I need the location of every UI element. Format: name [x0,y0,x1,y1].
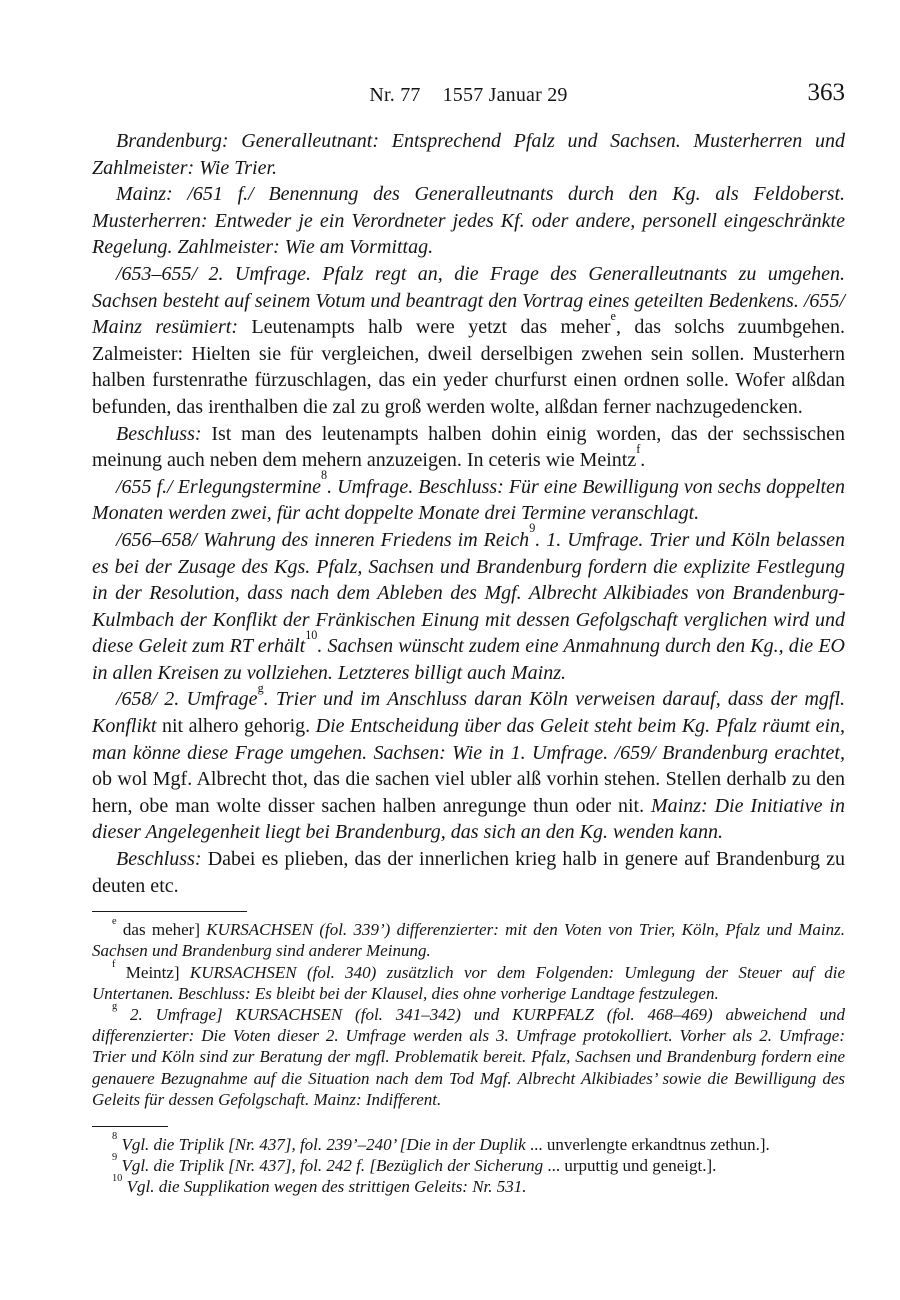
footnote-ref: 8 [321,468,327,482]
text-segment: /658/ 2. Umfrage [116,688,258,710]
footnote-ref: e [611,309,616,323]
text-segment: KURSACHSEN (fol. 340) zusätzlich vor dem… [92,963,845,1003]
footnote-marker: g [112,1001,117,1012]
footnote-marker: 8 [112,1131,117,1142]
body-paragraph: Beschluss: Ist man des leutenampts halbe… [92,421,845,474]
letter-footnotes: e das meher] KURSACHSEN (fol. 339’) diff… [92,919,845,1110]
body-paragraph: /656–658/ Wahrung des inneren Friedens i… [92,527,845,687]
text-segment: Beschluss: [116,848,208,870]
text-segment: ... unverlengte erkandtnus zethun.]. [526,1135,770,1154]
numbered-footnotes: 8 Vgl. die Triplik [Nr. 437], fol. 239’–… [92,1134,845,1198]
footnote: e das meher] KURSACHSEN (fol. 339’) diff… [92,919,845,961]
text-segment: Leutenampts halb were yetzt das meher [251,316,610,338]
page-header: Nr. 771557 Januar 29 363 [92,82,845,116]
document-number: Nr. 77 [369,84,420,106]
text-column: Nr. 771557 Januar 29 363 Brandenburg: Ge… [92,82,845,1198]
footnote: 10 Vgl. die Supplikation wegen des strit… [92,1176,845,1197]
text-segment: nit alhero gehorig. [162,715,316,737]
text-segment: Brandenburg: Generalleutnant: Entspreche… [92,130,845,179]
running-head: Nr. 771557 Januar 29 [92,84,845,107]
document-body: Brandenburg: Generalleutnant: Entspreche… [92,128,845,899]
text-segment: 2. Umfrage] KURSACHSEN (fol. 341–342) un… [92,1005,845,1109]
body-paragraph: /655 f./ Erlegungstermine8. Umfrage. Bes… [92,474,845,527]
body-paragraph: Mainz: /651 f./ Benennung des Generalleu… [92,181,845,261]
document-date: 1557 Januar 29 [443,84,568,106]
text-segment: /656–658/ Wahrung des inneren Friedens i… [116,529,529,551]
body-paragraph: Beschluss: Dabei es plieben, das der inn… [92,846,845,899]
body-paragraph: Brandenburg: Generalleutnant: Entspreche… [92,128,845,181]
body-paragraph: /658/ 2. Umfrageg. Trier und im Anschlus… [92,686,845,846]
footnote-rule-letters [92,911,247,912]
text-segment: ... urputtig und geneigt.]. [543,1156,716,1175]
text-segment: das meher] [123,920,206,939]
footnote-marker: 10 [112,1173,122,1184]
text-segment: Beschluss: [116,423,211,445]
body-paragraph: /653–655/ 2. Umfrage. Pfalz regt an, die… [92,261,845,421]
footnote: g 2. Umfrage] KURSACHSEN (fol. 341–342) … [92,1004,845,1110]
text-segment: Meintz] [126,963,190,982]
footnote-rule-numbers [92,1126,168,1127]
footnote: f Meintz] KURSACHSEN (fol. 340) zusätzli… [92,962,845,1004]
footnote-marker: f [112,959,115,970]
text-segment: Mainz: /651 f./ Benennung des Generalleu… [92,183,845,258]
footnote: 8 Vgl. die Triplik [Nr. 437], fol. 239’–… [92,1134,845,1155]
footnote-marker: 9 [112,1152,117,1163]
footnote-ref: g [258,681,264,695]
text-segment: Vgl. die Supplikation wegen des strittig… [127,1177,527,1196]
footnote-ref: f [636,442,640,456]
footnote-ref: 9 [529,521,535,535]
page-number: 363 [808,79,846,107]
text-segment: Vgl. die Triplik [Nr. 437], fol. 239’–24… [121,1135,525,1154]
footnote-ref: 10 [305,628,317,642]
footnote: 9 Vgl. die Triplik [Nr. 437], fol. 242 f… [92,1155,845,1176]
text-segment: /655 f./ Erlegungstermine [116,476,321,498]
text-segment: Vgl. die Triplik [Nr. 437], fol. 242 f. … [121,1156,543,1175]
footnote-marker: e [112,916,117,927]
scanned-document-page: Nr. 771557 Januar 29 363 Brandenburg: Ge… [0,0,900,1300]
text-segment: . [640,449,645,471]
